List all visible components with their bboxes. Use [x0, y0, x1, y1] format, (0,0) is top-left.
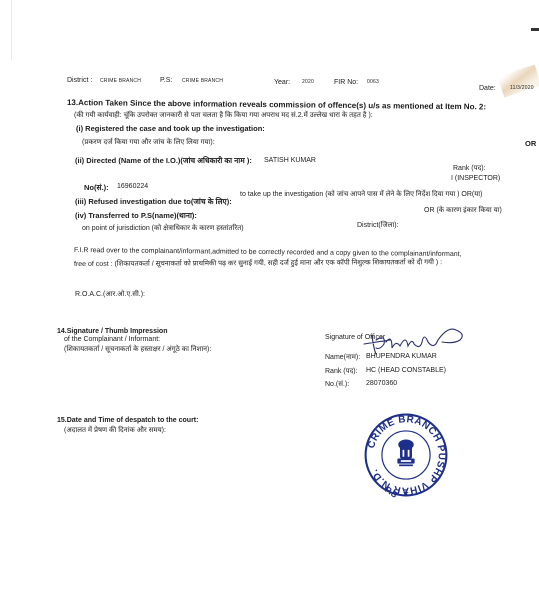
officer-no-value: 28070360 [366, 380, 397, 387]
section-13-title-hindi: (की गयी कार्यवाही: चूंकि उपरोक्त जानकारी… [74, 111, 373, 120]
item-i-registered: (i) Registered the case and took up the … [76, 124, 265, 133]
officer-rank-value: HC (HEAD CONSTABLE) [366, 367, 446, 374]
section-14-title: 14.Signature / Thumb Impression [57, 328, 167, 335]
ps-value: CRIME BRANCH [182, 78, 223, 84]
take-up-investigation-text: to take up the investigation (को जांच आप… [240, 190, 482, 199]
district-hindi-label: District(जिला): [357, 221, 399, 230]
section-13-title: 13.Action Taken Since the above informat… [67, 98, 486, 111]
fir-label: FIR No: [334, 79, 358, 86]
police-station-stamp: CRIME BRANCH PUSHP VIHAR N.D. P.S ★ [363, 412, 449, 498]
or-label: OR [525, 139, 536, 148]
section-15-hindi: (अदालत में प्रेषण की दिनांक और समय): [64, 426, 166, 435]
section-14-subtitle: of the Complainant / Informant: [64, 336, 160, 343]
fir-value: 0063 [367, 79, 379, 85]
section-15-title: 15.Date and Time of despatch to the cour… [57, 417, 198, 424]
district-value: CRIME BRANCH [100, 78, 141, 84]
year-label: Year: [274, 79, 290, 86]
item-ii-directed: (ii) Directed (Name of the I.O.)(जांच अध… [75, 156, 252, 166]
io-rank-value: I (INSPECTOR) [451, 175, 500, 182]
date-label: Date: [479, 85, 496, 92]
jurisdiction-text: on point of jurisdiction (को क्षेत्राधिक… [82, 224, 244, 233]
officer-name-value: BHUPENDRA KUMAR [366, 353, 437, 360]
officer-name-label: Name(नाम): [325, 353, 360, 362]
officer-rank-label: Rank (पद): [325, 367, 358, 376]
fir-read-over-text: F.I.R read over to the complainant/infor… [74, 247, 462, 258]
district-label: District : [67, 77, 92, 84]
year-value: 2020 [302, 79, 314, 85]
officer-no-label: No.(सं.): [325, 380, 349, 389]
free-of-cost-text: free of cost : (शिकायतकर्ता / सूचनाकर्ता… [74, 258, 442, 269]
scan-edge-mark [531, 28, 539, 31]
io-name-value: SATISH KUMAR [264, 157, 316, 164]
national-emblem-icon [397, 440, 414, 467]
io-no-label: No(सं.): [84, 183, 109, 193]
item-iii-refused: (iii) Refused investigation due to(जांच … [75, 197, 232, 207]
item-i-registered-hindi: (प्रकरण दर्ज किया गया और जांच के लिए लिय… [82, 138, 215, 147]
ps-label: P.S: [160, 77, 172, 84]
io-rank-label: Rank (पद): [453, 164, 486, 173]
paper-stain [498, 65, 539, 98]
stamp-star-icon: ★ [403, 488, 410, 497]
scan-edge-line [11, 0, 12, 60]
or-refused-text: OR (के कारण इंकार किया या) [424, 206, 502, 215]
io-no-value: 16960224 [117, 183, 148, 190]
item-iv-transferred: (iv) Transferred to P.S(name)(थाना): [75, 211, 197, 221]
section-14-hindi: (शिकायतकर्ता / सूचनाकर्ता के हस्ताक्षर /… [64, 345, 211, 354]
date-value: 11/3/2020 [510, 85, 534, 91]
roac-label: R.O.A.C.(आर.ओ.ए.सी.): [75, 290, 145, 299]
